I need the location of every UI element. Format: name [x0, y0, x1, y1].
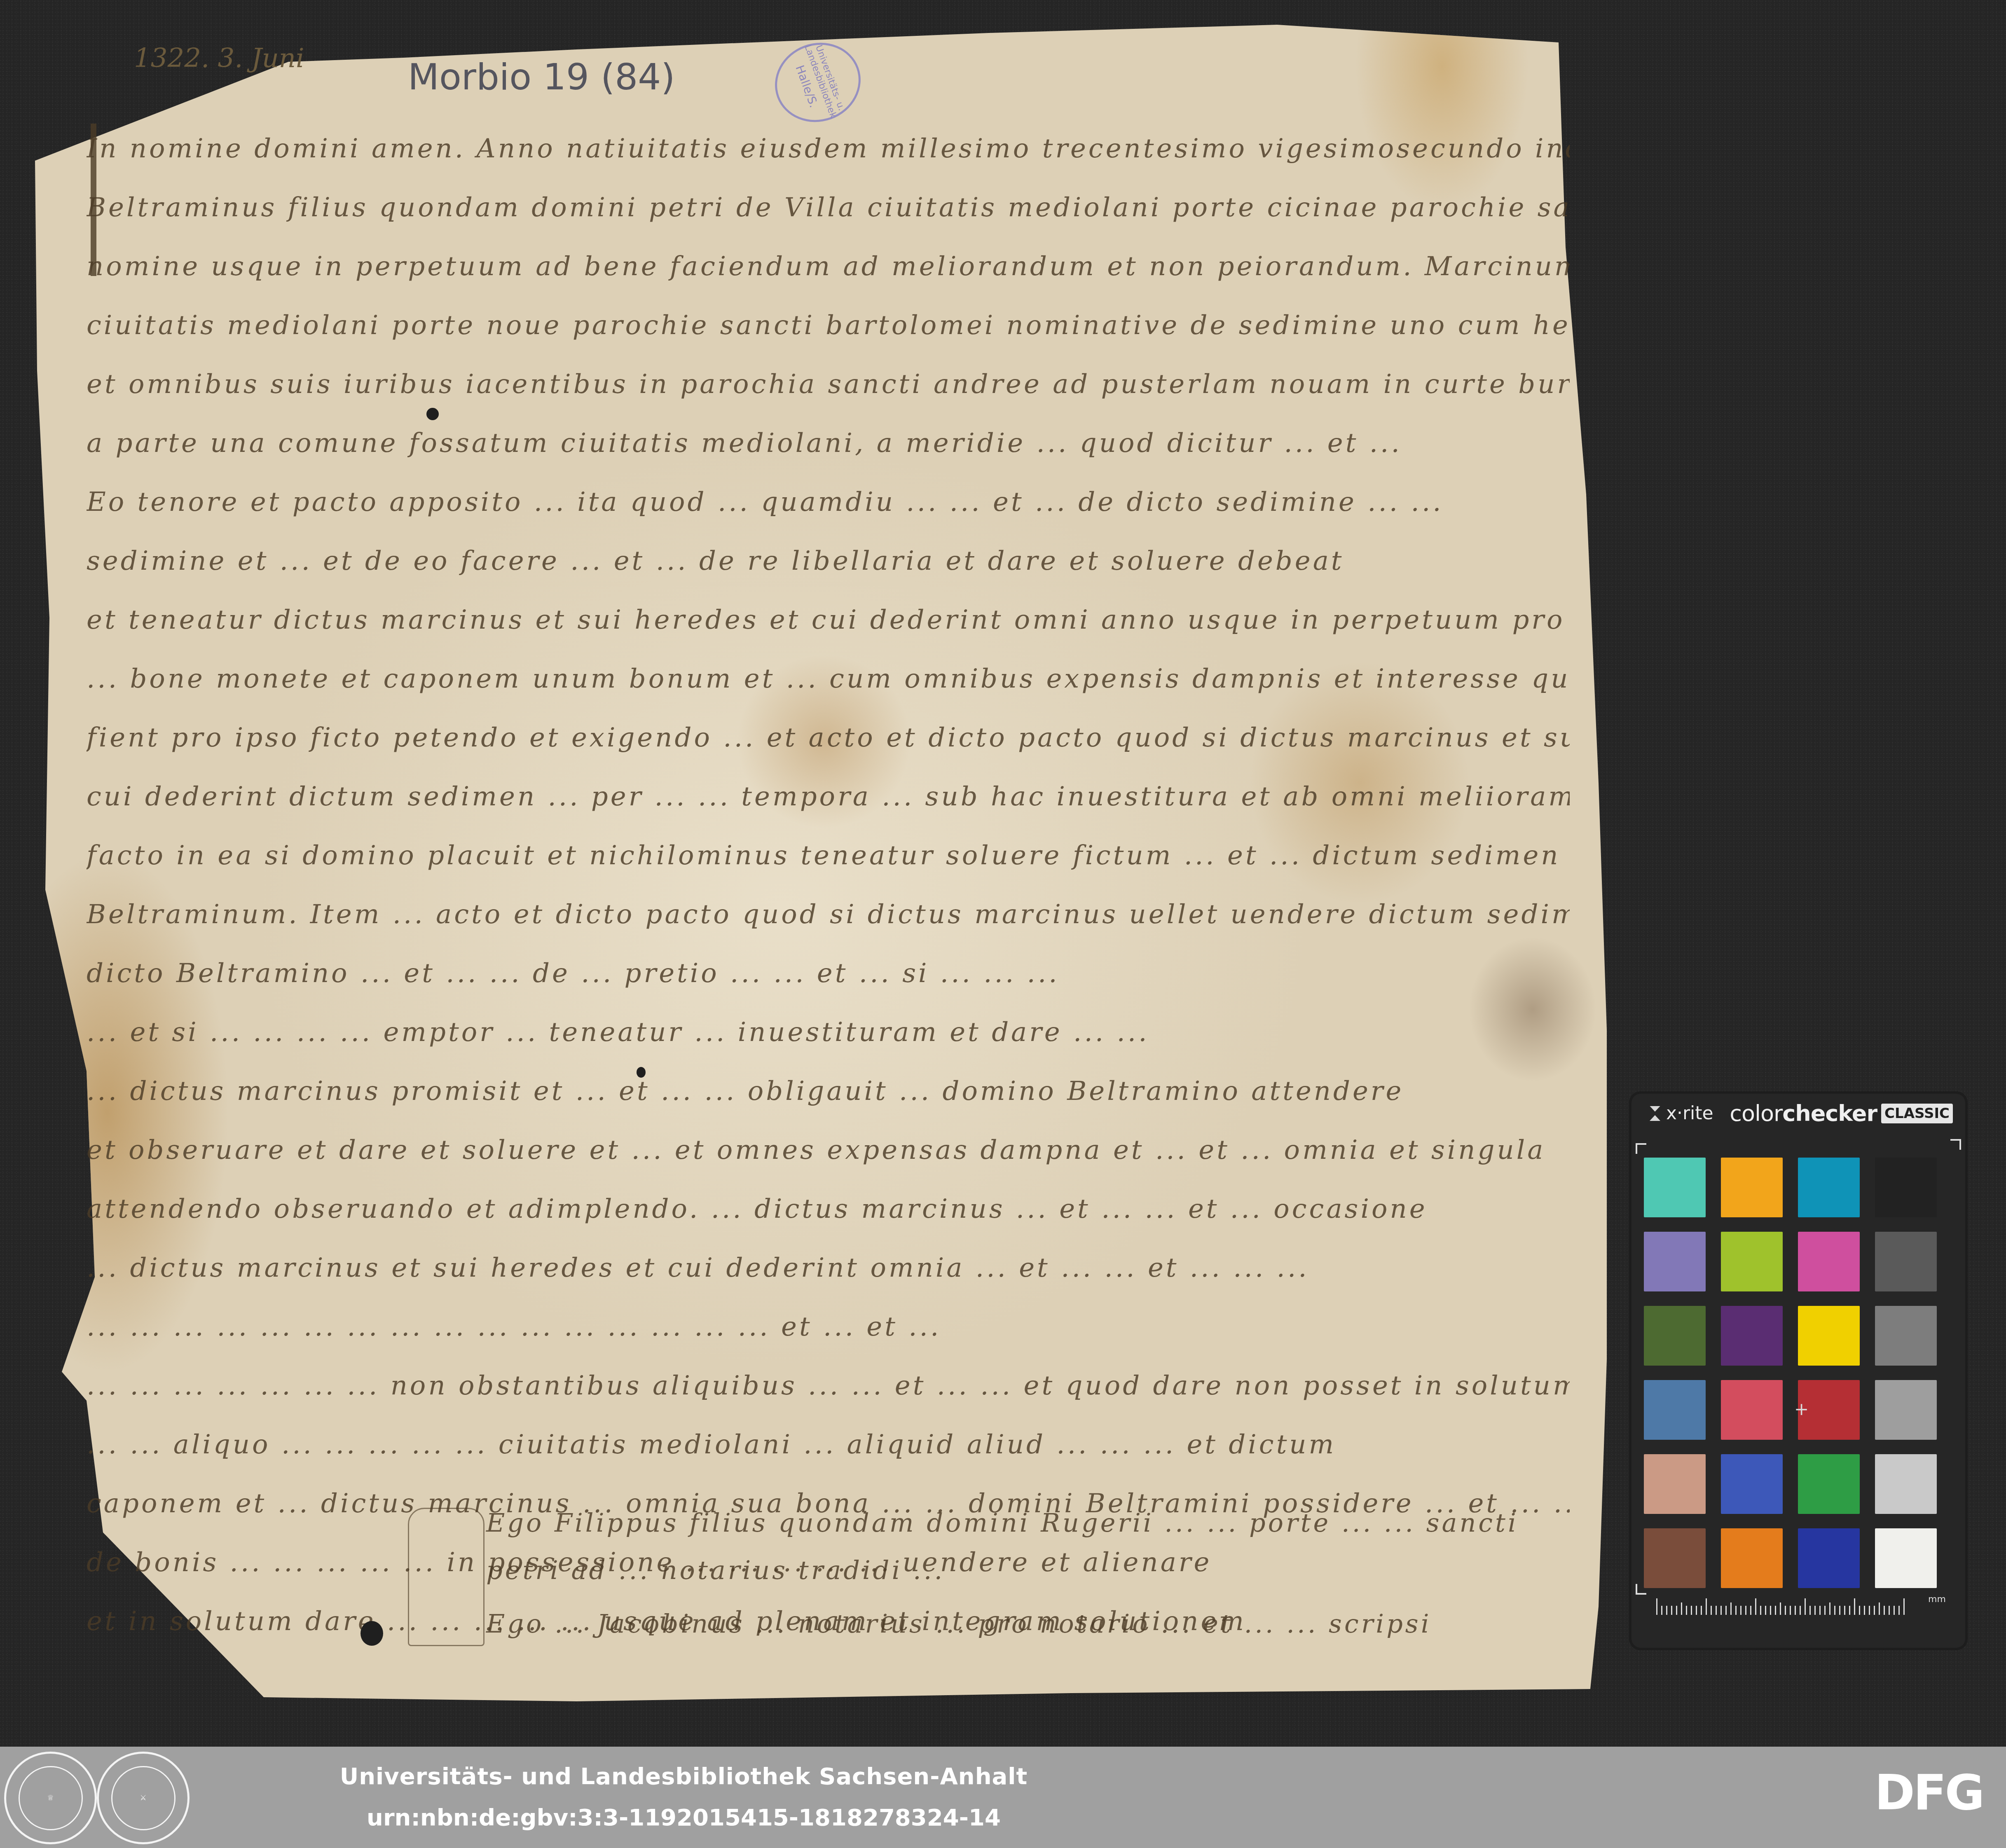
ruler-tick	[1824, 1606, 1826, 1615]
notarial-signum-icon	[408, 1508, 485, 1646]
color-checker-card: x·rite colorchecker CLASSIC + mm	[1631, 1094, 1965, 1648]
mm-ruler	[1656, 1598, 1905, 1615]
ruler-tick	[1720, 1606, 1722, 1615]
text-line: ... dictus marcinus et sui heredes et cu…	[87, 1239, 1570, 1298]
charter-text: In nomine domini amen. Anno natiuitatis …	[87, 119, 1570, 1651]
text-line: ... ... ... ... ... ... ... ... ... ... …	[87, 1298, 1570, 1357]
subscription-line-3: Ego ... Jacobinus ... notarius ... pro n…	[486, 1609, 1431, 1639]
ruler-tick	[1681, 1602, 1682, 1615]
color-patch	[1644, 1158, 1706, 1217]
color-patch	[1644, 1306, 1706, 1366]
color-patch	[1875, 1306, 1937, 1366]
classic-badge: CLASSIC	[1881, 1104, 1953, 1123]
xrite-logo: x·rite	[1648, 1103, 1713, 1124]
parchment-hole	[637, 1067, 646, 1078]
urn-identifier[interactable]: urn:nbn:de:gbv:3:3-1192015415-1818278324…	[0, 1804, 2006, 1831]
ruler-tick	[1800, 1606, 1801, 1615]
text-line: ... dictus marcinus promisit et ... et .…	[87, 1062, 1570, 1121]
ruler-tick	[1894, 1606, 1895, 1615]
ruler-tick	[1869, 1606, 1870, 1615]
ruler-tick	[1676, 1606, 1677, 1615]
ruler-tick	[1829, 1602, 1830, 1615]
xrite-x-icon	[1648, 1105, 1662, 1122]
subscription-line-2: petri ad ... notarius tradidi ...	[486, 1555, 945, 1585]
ruler-tick	[1874, 1606, 1875, 1615]
parchment-hole	[426, 408, 439, 420]
parchment-hole	[360, 1621, 383, 1646]
color-patch	[1644, 1454, 1706, 1514]
ruler-tick	[1765, 1606, 1766, 1615]
ruler-unit-label: mm	[1928, 1594, 1946, 1605]
ruler-tick	[1780, 1602, 1781, 1615]
color-patch	[1798, 1232, 1860, 1291]
color-patch	[1875, 1380, 1937, 1440]
color-patch	[1644, 1232, 1706, 1291]
ruler-tick	[1740, 1606, 1741, 1615]
text-line: ... et si ... ... ... ... emptor ... ten…	[87, 1003, 1570, 1062]
text-line: facto in ea si domino placuit et nichilo…	[87, 826, 1570, 885]
text-line: Eo tenore et pacto apposito ... ita quod…	[87, 473, 1570, 532]
ruler-tick	[1706, 1598, 1707, 1615]
color-patch	[1721, 1454, 1783, 1514]
text-line: a parte una comune fossatum ciuitatis me…	[87, 414, 1570, 473]
ruler-tick	[1656, 1598, 1657, 1615]
color-patch	[1644, 1380, 1706, 1440]
ruler-tick	[1864, 1606, 1865, 1615]
ruler-tick	[1701, 1606, 1702, 1615]
text-line: et omnibus suis iuribus iacentibus in pa…	[87, 355, 1570, 414]
ruler-tick	[1898, 1606, 1900, 1615]
date-annotation: 1322. 3. Juni	[134, 43, 304, 74]
text-line: fient pro ipso ficto petendo et exigendo…	[87, 709, 1570, 767]
xrite-brand-text: x·rite	[1666, 1103, 1713, 1124]
text-line: et obseruare et dare et soluere et ... e…	[87, 1121, 1570, 1180]
text-line: et teneatur dictus marcinus et sui hered…	[87, 591, 1570, 650]
ruler-tick	[1849, 1606, 1850, 1615]
text-line: ... ... ... ... ... ... ... non obstanti…	[87, 1357, 1570, 1415]
ruler-tick	[1879, 1602, 1880, 1615]
institution-name: Universitäts- und Landesbibliothek Sachs…	[0, 1763, 2006, 1790]
color-patch	[1721, 1306, 1783, 1366]
ruler-tick	[1884, 1606, 1885, 1615]
ruler-tick	[1696, 1606, 1697, 1615]
color-patch	[1798, 1306, 1860, 1366]
registration-mark-icon	[1636, 1143, 1646, 1154]
ruler-tick	[1775, 1606, 1776, 1615]
ruler-tick	[1725, 1606, 1727, 1615]
ruler-tick	[1671, 1606, 1672, 1615]
crosshair-icon: +	[1794, 1401, 1809, 1418]
color-patch	[1798, 1454, 1860, 1514]
ruler-tick	[1661, 1606, 1662, 1615]
ruler-tick	[1839, 1606, 1840, 1615]
ruler-tick	[1809, 1606, 1811, 1615]
color-patch	[1875, 1232, 1937, 1291]
color-patch	[1798, 1158, 1860, 1217]
product-name-bold: checker	[1782, 1100, 1877, 1126]
color-patch	[1798, 1528, 1860, 1588]
ruler-tick	[1819, 1606, 1821, 1615]
ruler-tick	[1903, 1598, 1905, 1615]
product-name-light: color	[1730, 1100, 1782, 1126]
ruler-tick	[1691, 1606, 1692, 1615]
text-line: ... ... aliquo ... ... ... ... ... ciuit…	[87, 1415, 1570, 1474]
color-patch-grid	[1644, 1158, 1957, 1594]
ruler-tick	[1770, 1606, 1771, 1615]
ruler-tick	[1730, 1602, 1732, 1615]
text-line: nomine usque in perpetuum ad bene facien…	[87, 237, 1570, 296]
color-patch	[1721, 1528, 1783, 1588]
ruler-tick	[1711, 1606, 1712, 1615]
text-line: Beltraminus filius quondam domini petri …	[87, 178, 1570, 237]
text-line: Beltraminum. Item ... acto et dicto pact…	[87, 885, 1570, 944]
colorchecker-logo: colorchecker CLASSIC	[1730, 1100, 1953, 1126]
ruler-tick	[1735, 1606, 1737, 1615]
shelfmark-annotation: Morbio 19 (84)	[408, 56, 675, 98]
ruler-tick	[1666, 1606, 1667, 1615]
color-patch	[1875, 1158, 1937, 1217]
text-line: ciuitatis mediolani porte noue parochie …	[87, 296, 1570, 355]
ruler-tick	[1805, 1598, 1806, 1615]
dfg-logo: DFG	[1875, 1764, 1983, 1821]
text-line: ... bone monete et caponem unum bonum et…	[87, 650, 1570, 709]
ruler-tick	[1745, 1606, 1746, 1615]
ruler-tick	[1844, 1606, 1845, 1615]
text-line: cui dederint dictum sedimen ... per ... …	[87, 767, 1570, 826]
ruler-tick	[1760, 1606, 1761, 1615]
text-line: sedimine et ... et de eo facere ... et .…	[87, 532, 1570, 591]
ruler-tick	[1889, 1606, 1890, 1615]
text-line: attendendo obseruando et adimplendo. ...…	[87, 1180, 1570, 1239]
ruler-tick	[1834, 1606, 1835, 1615]
subscription-line-1: Ego Filippus filius quondam domini Ruger…	[486, 1508, 1519, 1538]
color-patch	[1721, 1380, 1783, 1440]
ruler-tick	[1716, 1606, 1717, 1615]
color-patch	[1875, 1454, 1937, 1514]
registration-mark-icon	[1950, 1139, 1961, 1150]
ruler-tick	[1755, 1598, 1756, 1615]
text-line: In nomine domini amen. Anno natiuitatis …	[87, 119, 1570, 178]
ruler-tick	[1795, 1606, 1796, 1615]
ruler-tick	[1750, 1606, 1751, 1615]
ruler-tick	[1686, 1606, 1687, 1615]
color-patch	[1644, 1528, 1706, 1588]
color-patch	[1721, 1232, 1783, 1291]
library-footer-banner: ♕ ⚔ Universitäts- und Landesbibliothek S…	[0, 1747, 2006, 1848]
ruler-tick	[1785, 1606, 1786, 1615]
ruler-tick	[1790, 1606, 1791, 1615]
text-line: dicto Beltramino ... et ... ... de ... p…	[87, 944, 1570, 1003]
color-patch	[1721, 1158, 1783, 1217]
color-patch	[1875, 1528, 1937, 1588]
ruler-tick	[1814, 1606, 1816, 1615]
ruler-tick	[1854, 1598, 1855, 1615]
ruler-tick	[1859, 1606, 1860, 1615]
